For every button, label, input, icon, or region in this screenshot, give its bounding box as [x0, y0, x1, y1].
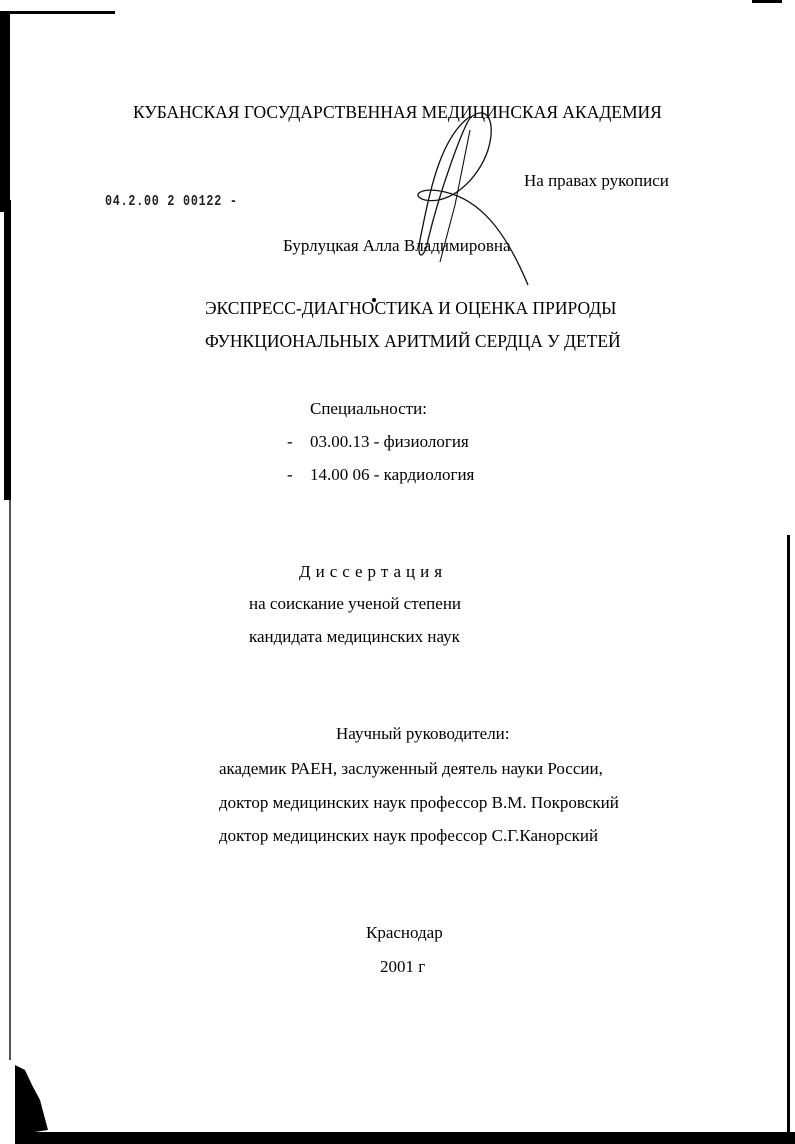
scan-edge-right [787, 535, 790, 1144]
supervisor-line: доктор медицинских наук профессор С.Г.Ка… [219, 827, 598, 844]
scan-edge-bottom [15, 1132, 795, 1144]
rights-note: На правах рукописи [524, 172, 669, 189]
scan-edge-top [0, 11, 115, 14]
degree-line-2: кандидата медицинских наук [249, 628, 460, 645]
title-line-1: ЭКСПРЕСС-ДИАГНОСТИКА И ОЦЕНКА ПРИРОДЫ [205, 300, 616, 318]
specialty-bullet: - [287, 433, 293, 450]
specialties-label: Специальности: [310, 400, 427, 417]
specialty-item: 03.00.13 - физиология [310, 433, 469, 450]
specialty-item: 14.00 06 - кардиология [310, 466, 474, 483]
supervisor-line: академик РАЕН, заслуженный деятель науки… [219, 760, 603, 777]
dissertation-heading: Диссертация [299, 563, 447, 580]
supervisor-line: доктор медицинских наук профессор В.М. П… [219, 794, 619, 811]
specialty-bullet: - [287, 466, 293, 483]
scan-edge-left-mid [4, 200, 11, 500]
degree-line-1: на соискание ученой степени [249, 595, 461, 612]
scan-edge-top-right [752, 0, 782, 3]
scan-edge-left [0, 12, 10, 212]
archive-stamp-number: 04.2.00 2 00122 - [105, 193, 238, 210]
scan-edge-left-thin [9, 500, 11, 1060]
author-name: Бурлуцкая Алла Владимировна [283, 237, 511, 254]
supervisors-label: Научный руководители: [336, 725, 510, 742]
institution-name: КУБАНСКАЯ ГОСУДАРСТВЕННАЯ МЕДИЦИНСКАЯ АК… [133, 104, 662, 122]
year: 2001 г [380, 958, 425, 975]
title-line-2: ФУНКЦИОНАЛЬНЫХ АРИТМИЙ СЕРДЦА У ДЕТЕЙ [205, 333, 621, 351]
city: Краснодар [366, 924, 443, 941]
